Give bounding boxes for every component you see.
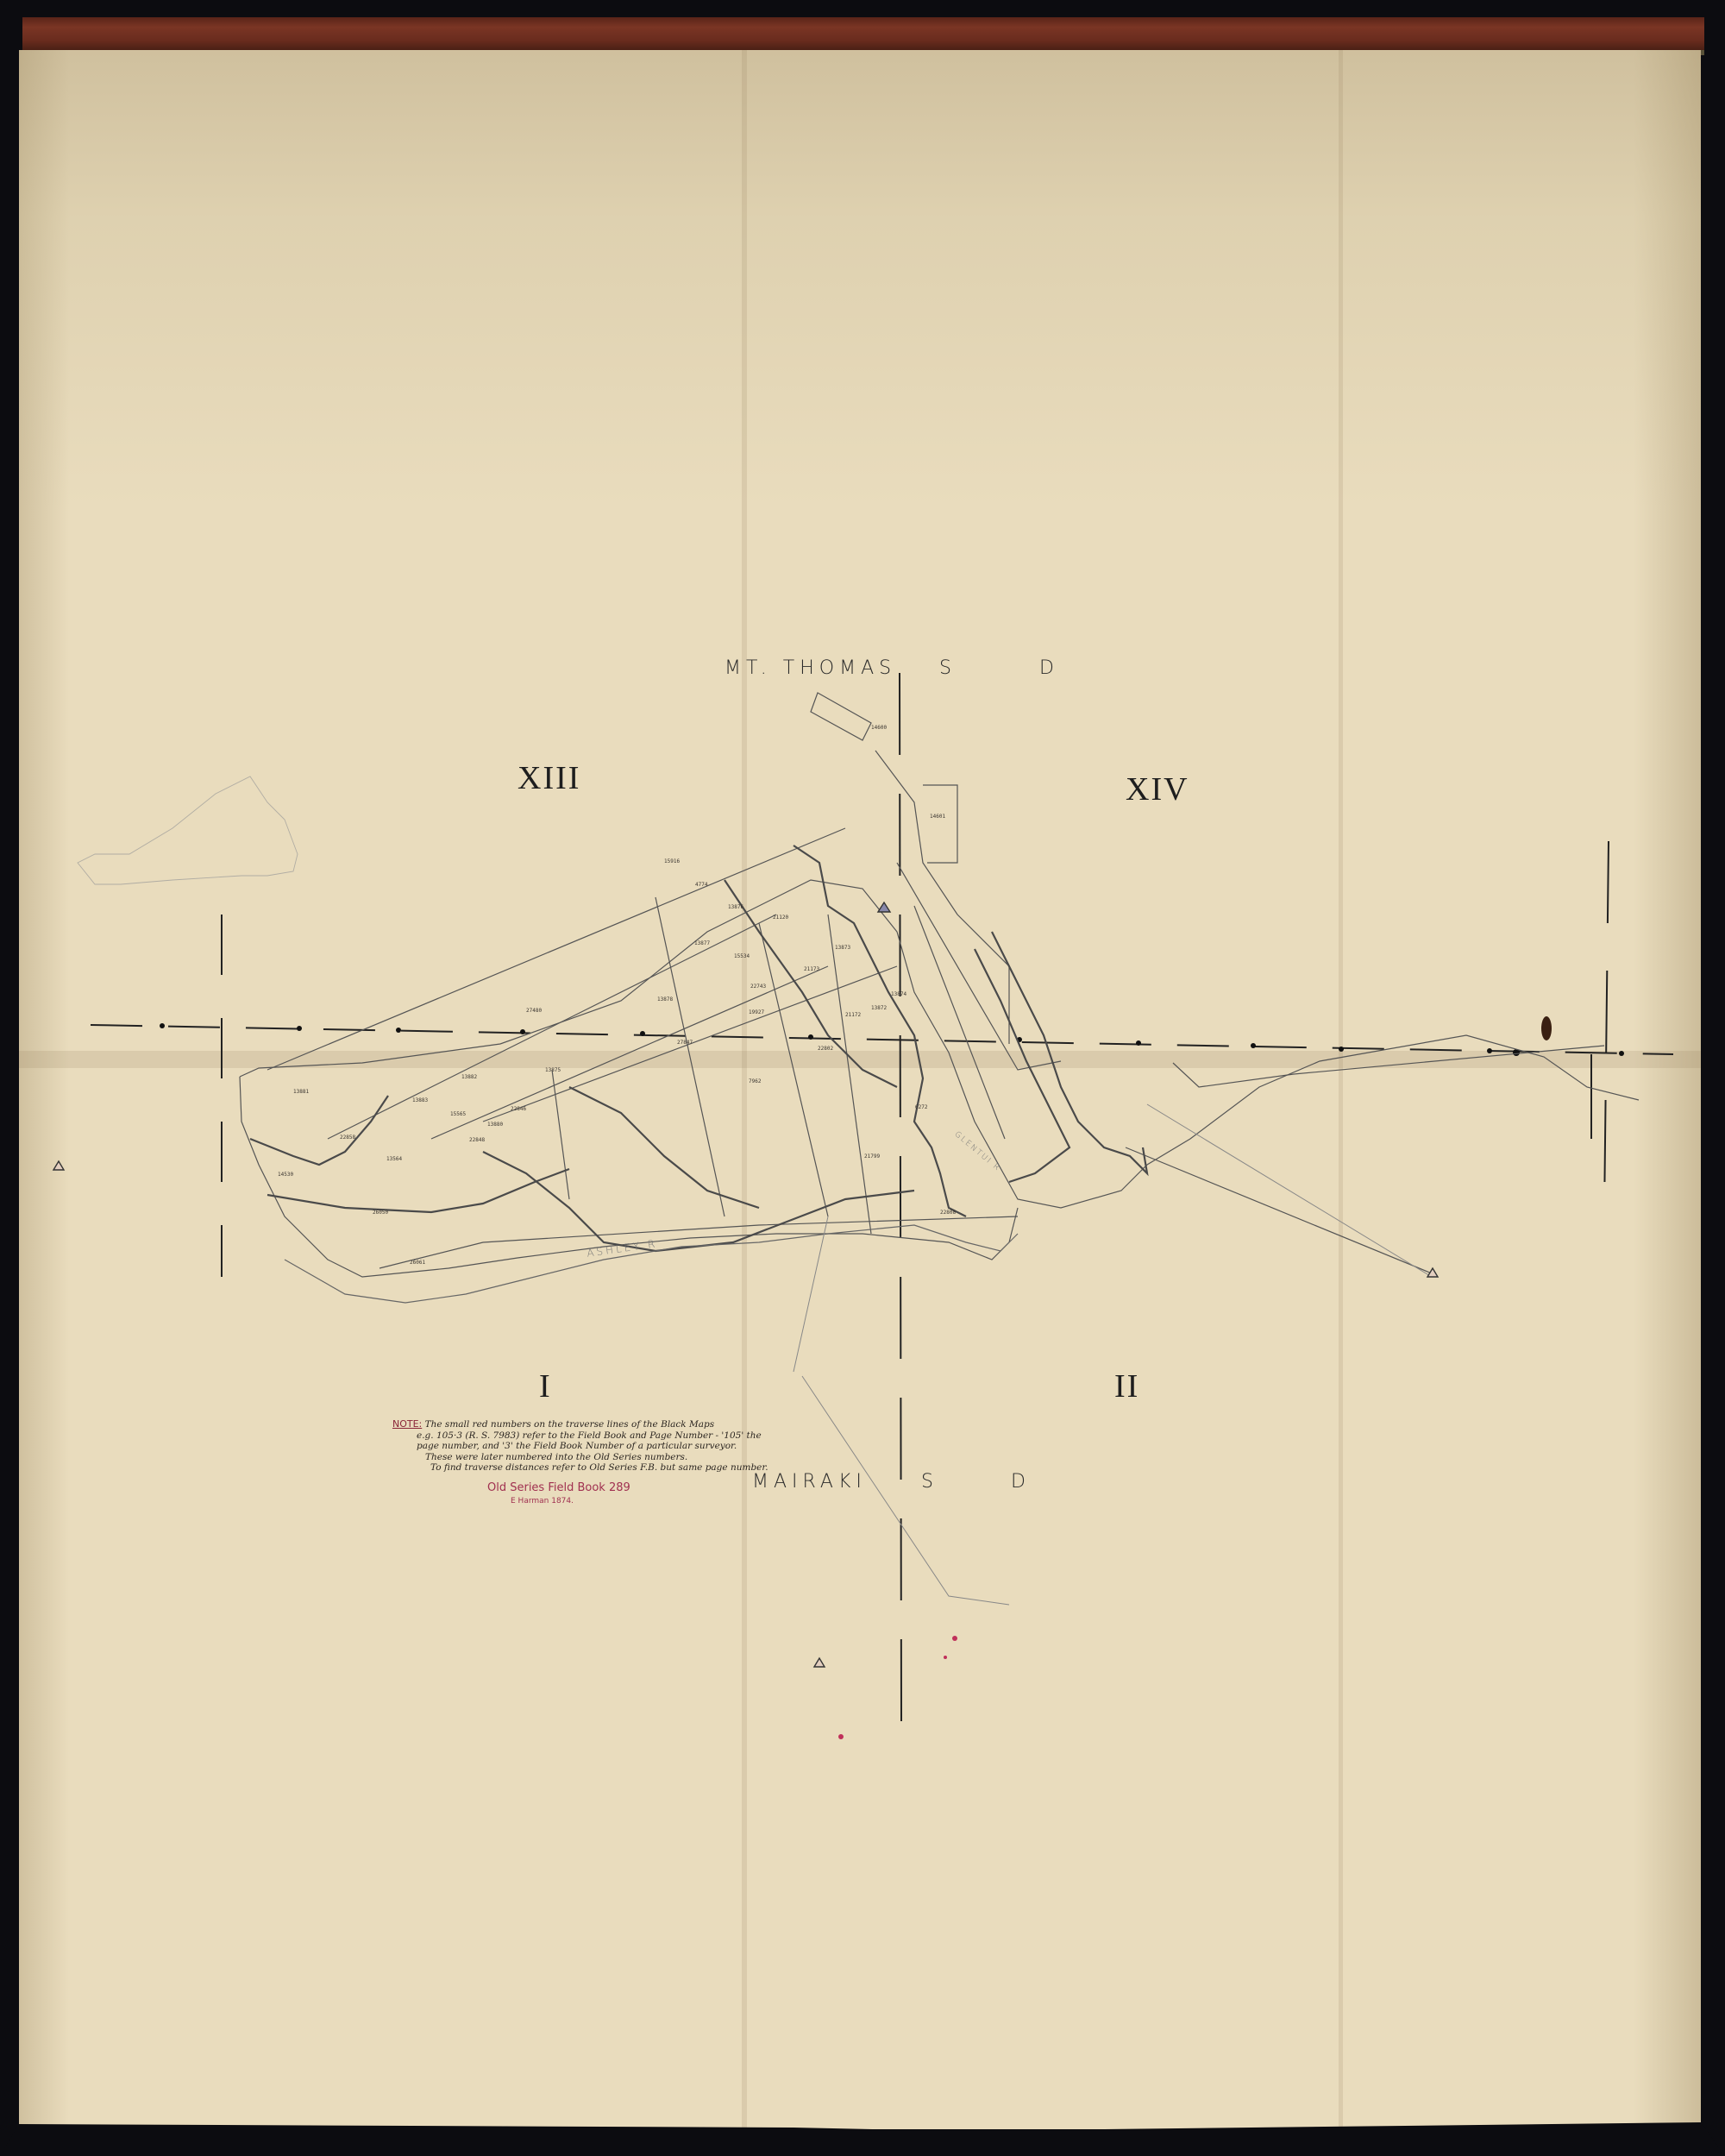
survey-drawing [0,0,1725,2156]
red-ink-marks [838,1636,957,1739]
parcel-number: 21173 [804,966,819,972]
parcel-number: 13881 [293,1089,309,1095]
note-line: e.g. 105·3 (R. S. 7983) refer to the Fie… [392,1430,720,1442]
district-label-north: MT. THOMAS [724,657,896,679]
parcel-number: 26050 [373,1210,388,1216]
parcel-number: 21799 [864,1153,880,1160]
traverse-lines [793,1104,1432,1605]
field-book-author-date: E Harman 1874. [511,1497,574,1505]
map-note: NOTE: The small red numbers on the trave… [392,1419,720,1474]
parcel-number: 27847 [677,1040,693,1046]
parcel-number: 13882 [461,1074,477,1080]
parcel-number: 13564 [386,1156,402,1162]
parcel-number: 13878 [657,996,673,1003]
field-book-title: Old Series Field Book 289 [487,1481,630,1494]
parcel-number: 27480 [526,1008,542,1014]
note-line: The small red numbers on the traverse li… [425,1419,715,1430]
block-label-ii: II [1114,1367,1139,1405]
district-label-north-d: D [1039,657,1059,679]
parcel-number: 21172 [845,1012,861,1018]
ink-blot [1541,1016,1552,1040]
district-label-south-d: D [1011,1471,1031,1493]
district-label-south: MAIRAKI [752,1471,867,1493]
note-line: page number, and '3' the Field Book Numb… [392,1441,720,1452]
parcel-number: 22743 [750,984,766,990]
block-label-i: I [539,1367,552,1405]
parcel-number: 13874 [891,991,906,997]
parcel-number: 13873 [835,945,850,951]
parcel-number: 21120 [773,915,788,921]
district-label-south-s: S [921,1471,938,1493]
torn-edge [0,2122,1725,2156]
parcel-number: 14601 [930,814,945,820]
parcel-number: 13880 [487,1122,503,1128]
parcel-number: 22848 [469,1137,485,1143]
note-heading: NOTE: [392,1418,422,1430]
parcel-number: 15916 [664,858,680,864]
faint-sketch-outline [78,776,298,884]
parcel-number: 13876 [728,904,743,910]
section-grid-lines [91,673,1673,1721]
parcel-number: 22808 [940,1210,956,1216]
triangulation-stations [53,902,1438,1667]
ashley-river-bank [285,1225,1018,1303]
parcel-number: 19927 [749,1009,764,1015]
parcel-number: 14600 [871,725,887,731]
parcel-number: 26061 [410,1260,425,1266]
district-label-north-s: S [939,657,957,679]
parcel-number: 13877 [694,940,710,946]
parcel-number: 4774 [695,882,707,888]
parcel-number: 22846 [511,1106,526,1112]
note-line: To find traverse distances refer to Old … [392,1462,720,1474]
parcel-number: 22802 [818,1046,833,1052]
parcel-number: 6272 [915,1104,927,1110]
parcel-number: 15534 [734,953,750,959]
parcel-number: 13883 [412,1097,428,1103]
survey-parcels [240,693,1639,1277]
note-line: These were later numbered into the Old S… [392,1452,720,1463]
parcel-number: 13875 [545,1067,561,1073]
parcel-number: 15565 [450,1111,466,1117]
parcel-number: 7962 [749,1078,761,1084]
block-label-xiv: XIV [1126,770,1189,808]
parcel-number: 22858 [340,1135,355,1141]
parcel-number: 14530 [278,1172,293,1178]
block-label-xiii: XIII [517,759,580,797]
parcel-number: 13872 [871,1005,887,1011]
